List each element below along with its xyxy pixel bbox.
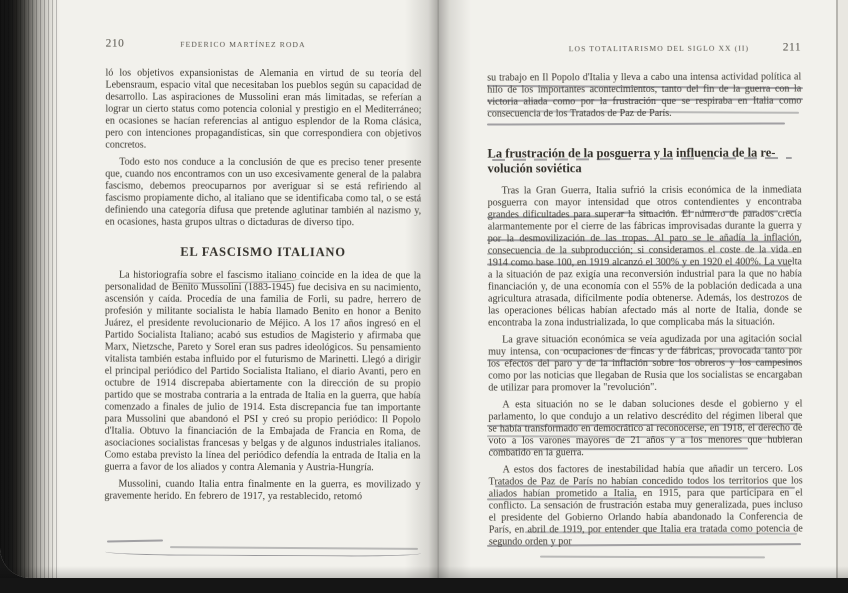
book-spine xyxy=(405,0,471,578)
page-number: 210 xyxy=(106,38,125,50)
subsection-heading-line2: volución soviética xyxy=(488,160,802,176)
subsection-heading: La frustración de la posguerra y la infl… xyxy=(487,145,801,176)
page-number: 211 xyxy=(783,41,801,53)
right-page-header: LOS TOTALITARISMO DEL SIGLO XX (II) 211 xyxy=(487,41,801,54)
page-edges xyxy=(0,0,60,578)
book-scan: 210 FEDERICO MARTÍNEZ RODA ló los objeti… xyxy=(0,0,848,593)
left-page-header: 210 FEDERICO MARTÍNEZ RODA xyxy=(106,38,422,51)
paragraph: Todo esto nos conduce a la conclusión de… xyxy=(105,157,421,230)
subsection-heading-line1: La frustración de la posguerra y la infl… xyxy=(487,145,801,161)
left-page: 210 FEDERICO MARTÍNEZ RODA ló los objeti… xyxy=(104,38,421,509)
paragraph: La historiografía sobre el fascismo ital… xyxy=(104,270,421,475)
scan-background xyxy=(0,578,848,593)
section-heading: EL FASCISMO ITALIANO xyxy=(105,245,421,261)
paragraph: A esta situación no se le daban solucion… xyxy=(488,398,802,459)
running-header: LOS TOTALITARISMO DEL SIGLO XX (II) xyxy=(569,44,749,54)
right-page: LOS TOTALITARISMO DEL SIGLO XX (II) 211 … xyxy=(487,41,803,553)
paragraph: Tras la Gran Guerra, Italia sufrió la cr… xyxy=(488,184,803,329)
running-header: FEDERICO MARTÍNEZ RODA xyxy=(180,40,305,49)
paragraph: Mussolini, cuando Italia entra finalment… xyxy=(104,479,420,504)
paragraph: su trabajo en Il Popolo d'Italia y lleva… xyxy=(487,71,801,120)
right-page-edge-paper xyxy=(838,0,848,578)
paragraph: ló los objetivos expansionistas de Alema… xyxy=(105,68,421,153)
paragraph: La grave situación económica se veía agu… xyxy=(488,333,802,394)
paragraph: A estos dos factores de inestabilidad ha… xyxy=(489,463,803,548)
